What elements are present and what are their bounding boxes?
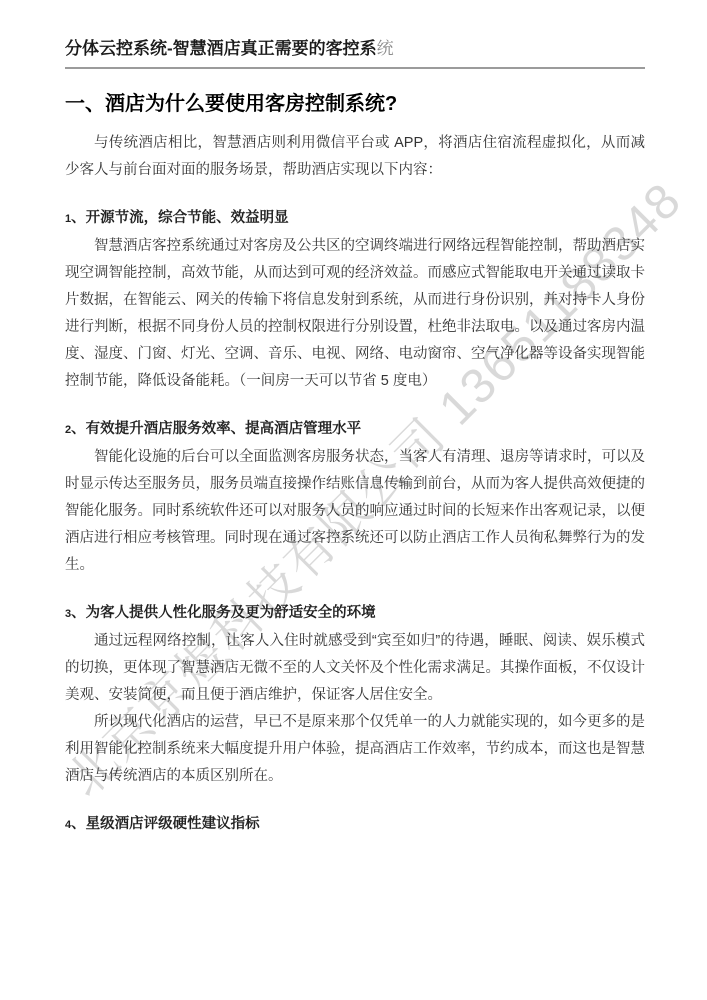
section-4-title-text: 、星级酒店评级硬性建议指标 xyxy=(71,816,260,832)
section-2-title: 2、有效提升酒店服务效率、提高酒店管理水平 xyxy=(65,416,645,444)
section-1-title-text: 、开源节流，综合节能、效益明显 xyxy=(71,210,289,226)
section-2-paragraph-1: 智能化设施的后台可以全面监测客房服务状态，当客人有清理、退房等请求时，可以及时显… xyxy=(65,444,645,579)
page-title: 一、酒店为什么要使用客房控制系统? xyxy=(65,90,645,118)
section-3-paragraph-2: 所以现代化酒店的运营，早已不是原来那个仅凭单一的人力就能实现的，如今更多的是利用… xyxy=(65,709,645,790)
header-title-tail: 统 xyxy=(377,39,394,58)
section-1-paragraph-1: 智慧酒店客控系统通过对客房及公共区的空调终端进行网络远程智能控制，帮助酒店实现空… xyxy=(65,233,645,395)
section-4-title: 4、星级酒店评级硬性建议指标 xyxy=(65,811,645,839)
section-2: 2、有效提升酒店服务效率、提高酒店管理水平 智能化设施的后台可以全面监测客房服务… xyxy=(65,416,645,579)
section-3-paragraph-1: 通过远程网络控制，让客人入住时就感受到“宾至如归”的待遇，睡眠、阅读、娱乐模式的… xyxy=(65,628,645,709)
section-4: 4、星级酒店评级硬性建议指标 xyxy=(65,811,645,839)
section-2-title-text: 、有效提升酒店服务效率、提高酒店管理水平 xyxy=(71,421,361,437)
section-3-title: 3、为客人提供人性化服务及更为舒适安全的环境 xyxy=(65,600,645,628)
document-header: 分体云控系统-智慧酒店真正需要的客控系统 xyxy=(65,38,645,69)
intro-paragraph: 与传统酒店相比，智慧酒店则利用微信平台或 APP，将酒店住宿流程虚拟化，从而减少… xyxy=(65,130,645,184)
header-title: 分体云控系统-智慧酒店真正需要的客控系 xyxy=(65,39,377,58)
document-page: 北京京煜科技有限公司 13651188348 分体云控系统-智慧酒店真正需要的客… xyxy=(0,0,707,1000)
section-1-title: 1、开源节流，综合节能、效益明显 xyxy=(65,205,645,233)
section-3: 3、为客人提供人性化服务及更为舒适安全的环境 通过远程网络控制，让客人入住时就感… xyxy=(65,600,645,790)
section-3-title-text: 、为客人提供人性化服务及更为舒适安全的环境 xyxy=(71,605,376,621)
document-body: 分体云控系统-智慧酒店真正需要的客控系统 一、酒店为什么要使用客房控制系统? 与… xyxy=(65,38,645,839)
section-1: 1、开源节流，综合节能、效益明显 智慧酒店客控系统通过对客房及公共区的空调终端进… xyxy=(65,205,645,395)
